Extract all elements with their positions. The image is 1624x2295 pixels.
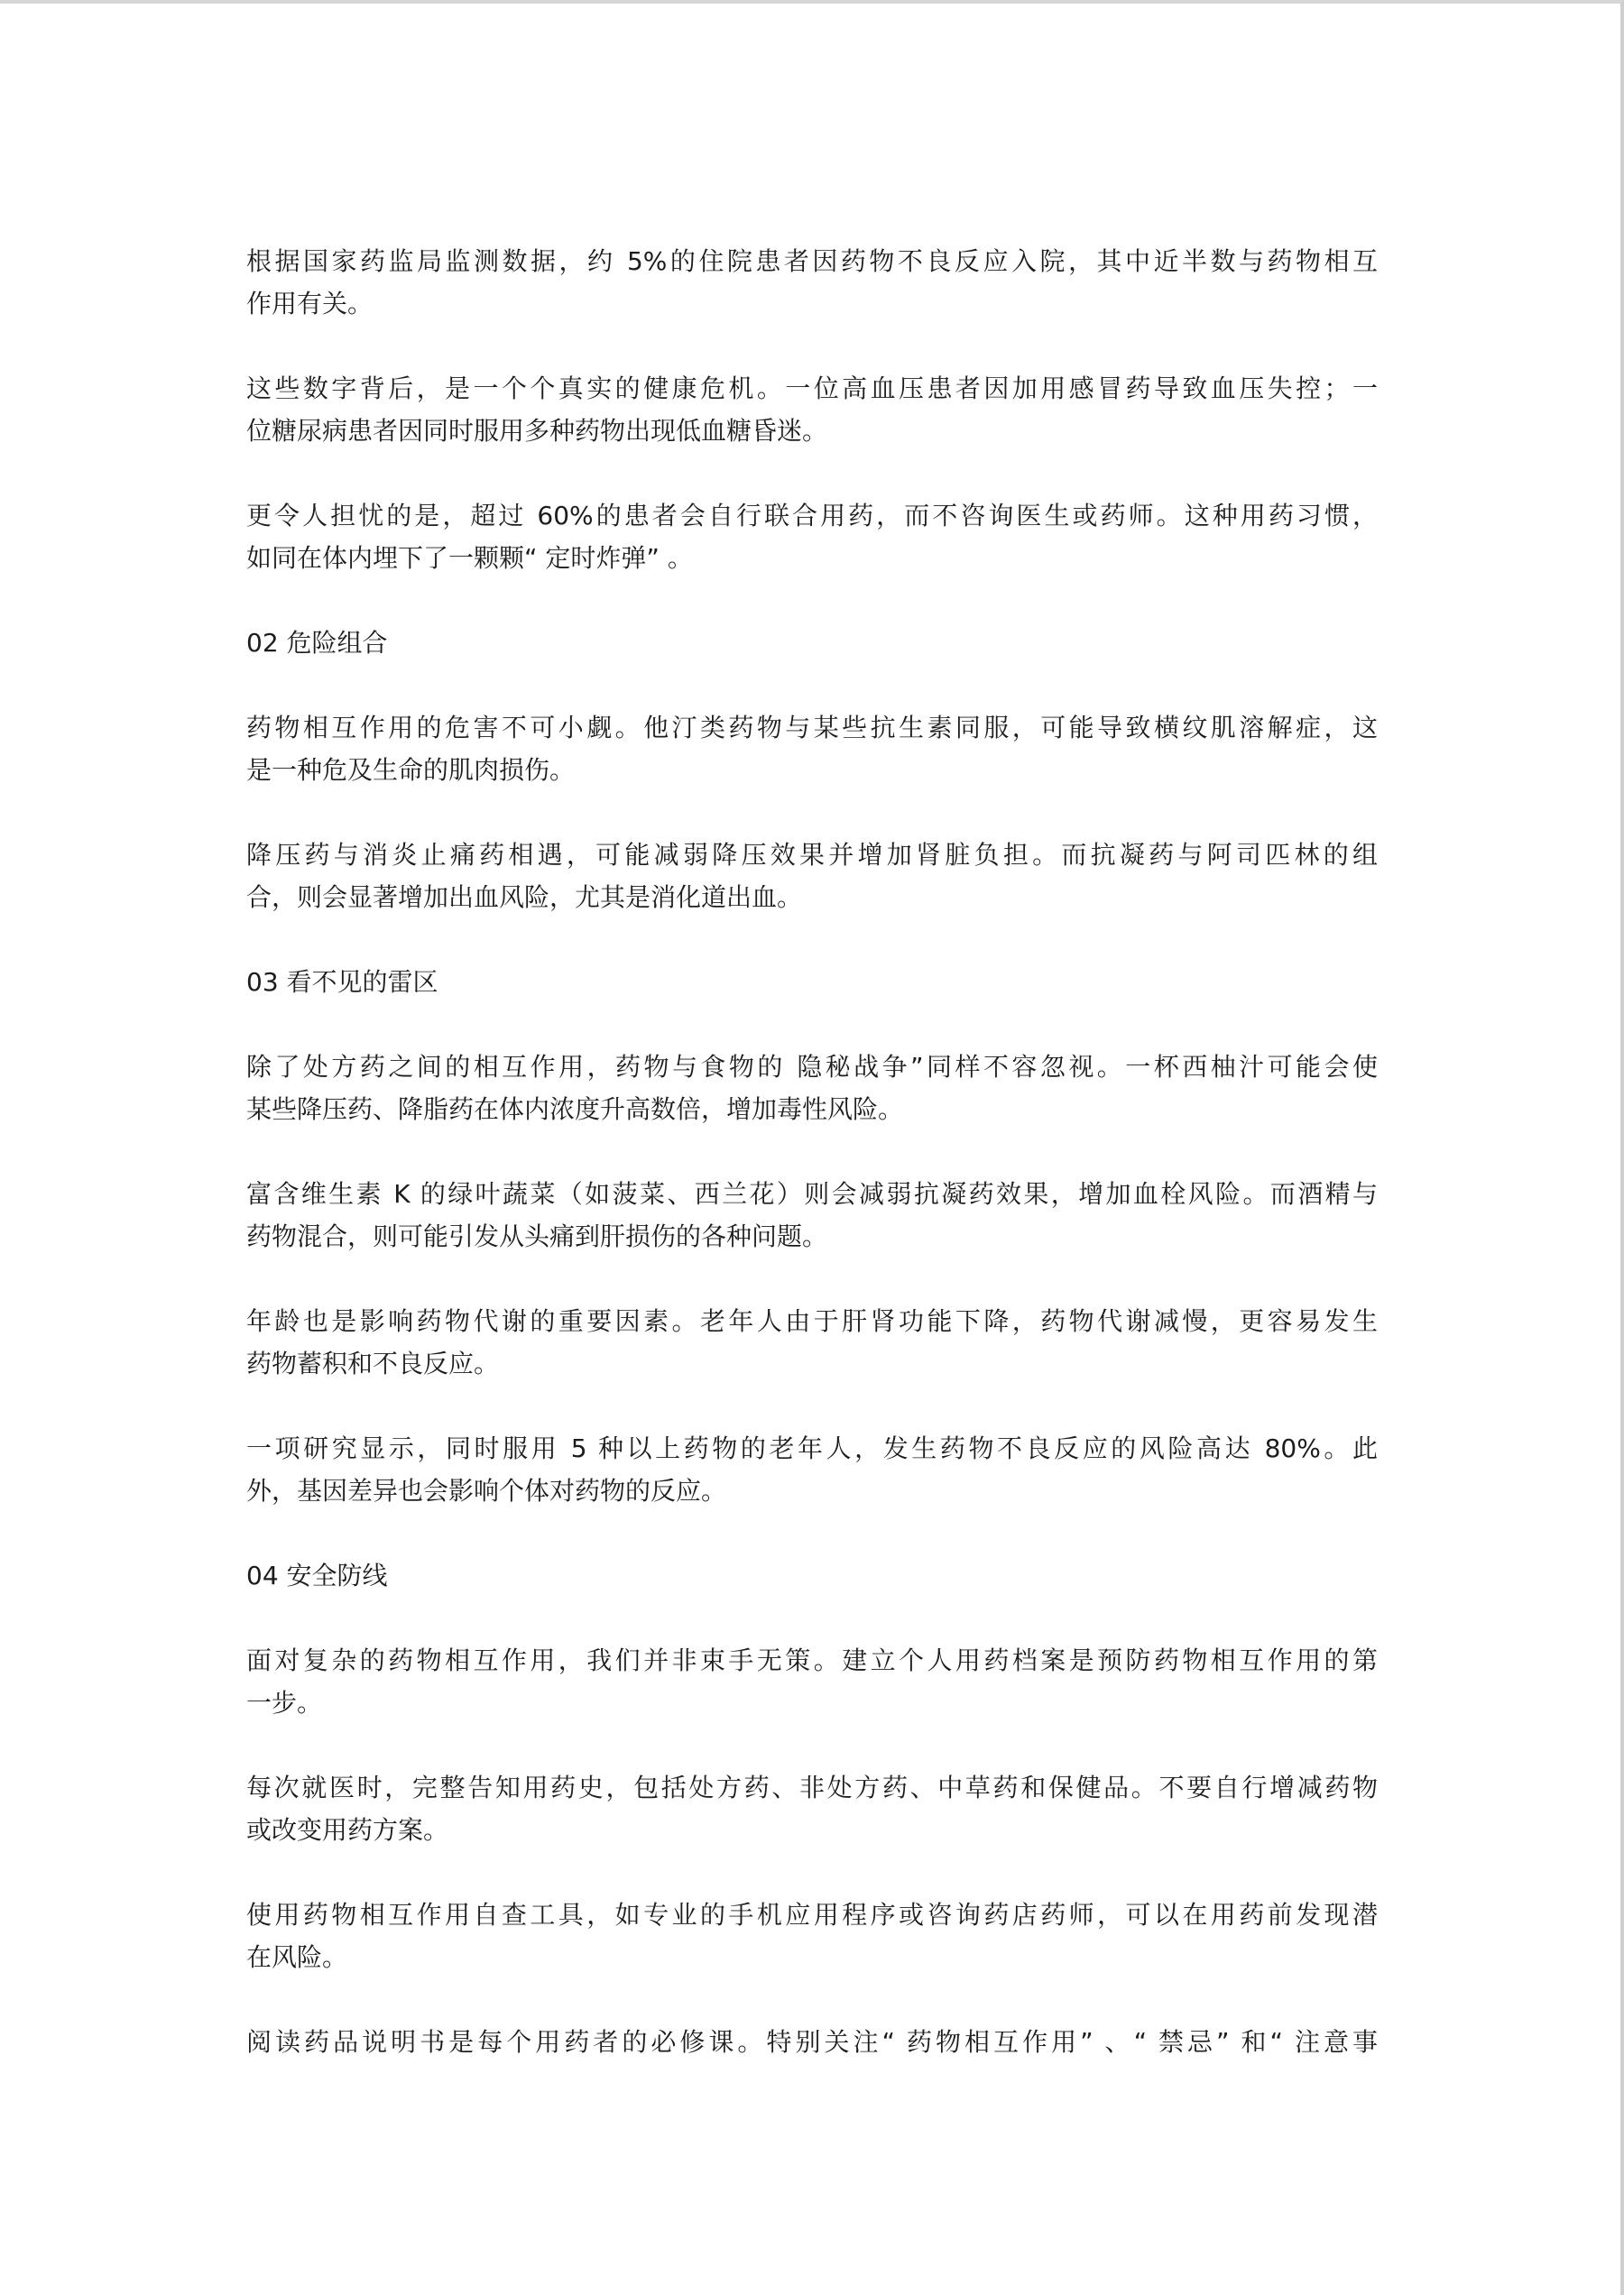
text-line: 如同在体内埋下了一颗颗“ 定时炸弹” 。 (246, 537, 1378, 579)
paragraph-self-medication: 更令人担忧的是，超过 60%的患者会自行联合用药，而不咨询医生或药师。这种用药习… (246, 494, 1378, 579)
section-heading-03: 03 看不见的雷区 (246, 961, 1378, 1003)
text-line: 一步。 (246, 1682, 1378, 1724)
text-line: 面对复杂的药物相互作用，我们并非束手无策。建立个人用药档案是预防药物相互作用的第 (246, 1639, 1378, 1682)
paragraph-drug-food: 除了处方药之间的相互作用，药物与食物的 隐秘战争”同样不容忽视。一杯西柚汁可能会… (246, 1046, 1378, 1130)
text-line: 某些降压药、降脂药在体内浓度升高数倍，增加毒性风险。 (246, 1088, 1378, 1130)
text-line: 在风险。 (246, 1936, 1378, 1978)
text-line: 合，则会显著增加出血风险，尤其是消化道出血。 (246, 876, 1378, 918)
text-line: 使用药物相互作用自查工具，如专业的手机应用程序或咨询药店药师，可以在用药前发现潜 (246, 1894, 1378, 1936)
text-line: 药物相互作用的危害不可小觑。他汀类药物与某些抗生素同服，可能导致横纹肌溶解症，这 (246, 706, 1378, 749)
paragraph-health-crisis: 这些数字背后，是一个个真实的健康危机。一位高血压患者因加用感冒药导致血压失控；一… (246, 367, 1378, 452)
text-line: 降压药与消炎止痛药相遇，可能减弱降压效果并增加肾脏负担。而抗凝药与阿司匹林的组 (246, 834, 1378, 876)
article-body: 根据国家药监局监测数据，约 5%的住院患者因药物不良反应入院，其中近半数与药物相… (246, 240, 1378, 2106)
text-line: 阅读药品说明书是每个用药者的必修课。特别关注“ 药物相互作用” 、“ 禁忌” 和… (246, 2021, 1378, 2063)
text-line: 年龄也是影响药物代谢的重要因素。老年人由于肝肾功能下降，药物代谢减慢，更容易发生 (246, 1300, 1378, 1342)
document-page: 根据国家药监局监测数据，约 5%的住院患者因药物不良反应入院，其中近半数与药物相… (0, 0, 1624, 2295)
section-heading-02: 02 危险组合 (246, 622, 1378, 664)
text-line: 位糖尿病患者因同时服用多种药物出现低血糖昏迷。 (246, 410, 1378, 452)
text-line: 富含维生素 K 的绿叶蔬菜（如菠菜、西兰花）则会减弱抗凝药效果，增加血栓风险。而… (246, 1173, 1378, 1215)
paragraph-study-elderly: 一项研究显示，同时服用 5 种以上药物的老年人，发生药物不良反应的风险高达 80… (246, 1427, 1378, 1512)
paragraph-age-factor: 年龄也是影响药物代谢的重要因素。老年人由于肝肾功能下降，药物代谢减慢，更容易发生… (246, 1300, 1378, 1385)
paragraph-medication-record: 面对复杂的药物相互作用，我们并非束手无策。建立个人用药档案是预防药物相互作用的第… (246, 1639, 1378, 1724)
text-line: 更令人担忧的是，超过 60%的患者会自行联合用药，而不咨询医生或药师。这种用药习… (246, 494, 1378, 537)
text-line: 作用有关。 (246, 282, 1378, 325)
paragraph-self-check-tools: 使用药物相互作用自查工具，如专业的手机应用程序或咨询药店药师，可以在用药前发现潜… (246, 1894, 1378, 1978)
text-line: 根据国家药监局监测数据，约 5%的住院患者因药物不良反应入院，其中近半数与药物相… (246, 240, 1378, 282)
text-line: 除了处方药之间的相互作用，药物与食物的 隐秘战争”同样不容忽视。一杯西柚汁可能会… (246, 1046, 1378, 1088)
text-line: 这些数字背后，是一个个真实的健康危机。一位高血压患者因加用感冒药导致血压失控；一 (246, 367, 1378, 410)
text-line: 是一种危及生命的肌肉损伤。 (246, 749, 1378, 791)
text-line: 一项研究显示，同时服用 5 种以上药物的老年人，发生药物不良反应的风险高达 80… (246, 1427, 1378, 1470)
text-line: 药物混合，则可能引发从头痛到肝损伤的各种问题。 (246, 1215, 1378, 1258)
text-line: 药物蓄积和不良反应。 (246, 1342, 1378, 1385)
section-heading-04: 04 安全防线 (246, 1554, 1378, 1597)
heading-text: 02 危险组合 (246, 622, 1378, 664)
paragraph-medical-history: 每次就医时，完整告知用药史，包括处方药、非处方药、中草药和保健品。不要自行增减药… (246, 1766, 1378, 1851)
heading-text: 04 安全防线 (246, 1554, 1378, 1597)
heading-text: 03 看不见的雷区 (246, 961, 1378, 1003)
paragraph-read-label: 阅读药品说明书是每个用药者的必修课。特别关注“ 药物相互作用” 、“ 禁忌” 和… (246, 2021, 1378, 2063)
paragraph-vitamin-k-alcohol: 富含维生素 K 的绿叶蔬菜（如菠菜、西兰花）则会减弱抗凝药效果，增加血栓风险。而… (246, 1173, 1378, 1258)
text-line: 或改变用药方案。 (246, 1809, 1378, 1851)
paragraph-statin-antibiotic: 药物相互作用的危害不可小觑。他汀类药物与某些抗生素同服，可能导致横纹肌溶解症，这… (246, 706, 1378, 791)
text-line: 外，基因差异也会影响个体对药物的反应。 (246, 1470, 1378, 1512)
paragraph-adverse-reaction-stats: 根据国家药监局监测数据，约 5%的住院患者因药物不良反应入院，其中近半数与药物相… (246, 240, 1378, 325)
text-line: 每次就医时，完整告知用药史，包括处方药、非处方药、中草药和保健品。不要自行增减药… (246, 1766, 1378, 1809)
paragraph-antihypertensive-nsaid: 降压药与消炎止痛药相遇，可能减弱降压效果并增加肾脏负担。而抗凝药与阿司匹林的组 … (246, 834, 1378, 918)
